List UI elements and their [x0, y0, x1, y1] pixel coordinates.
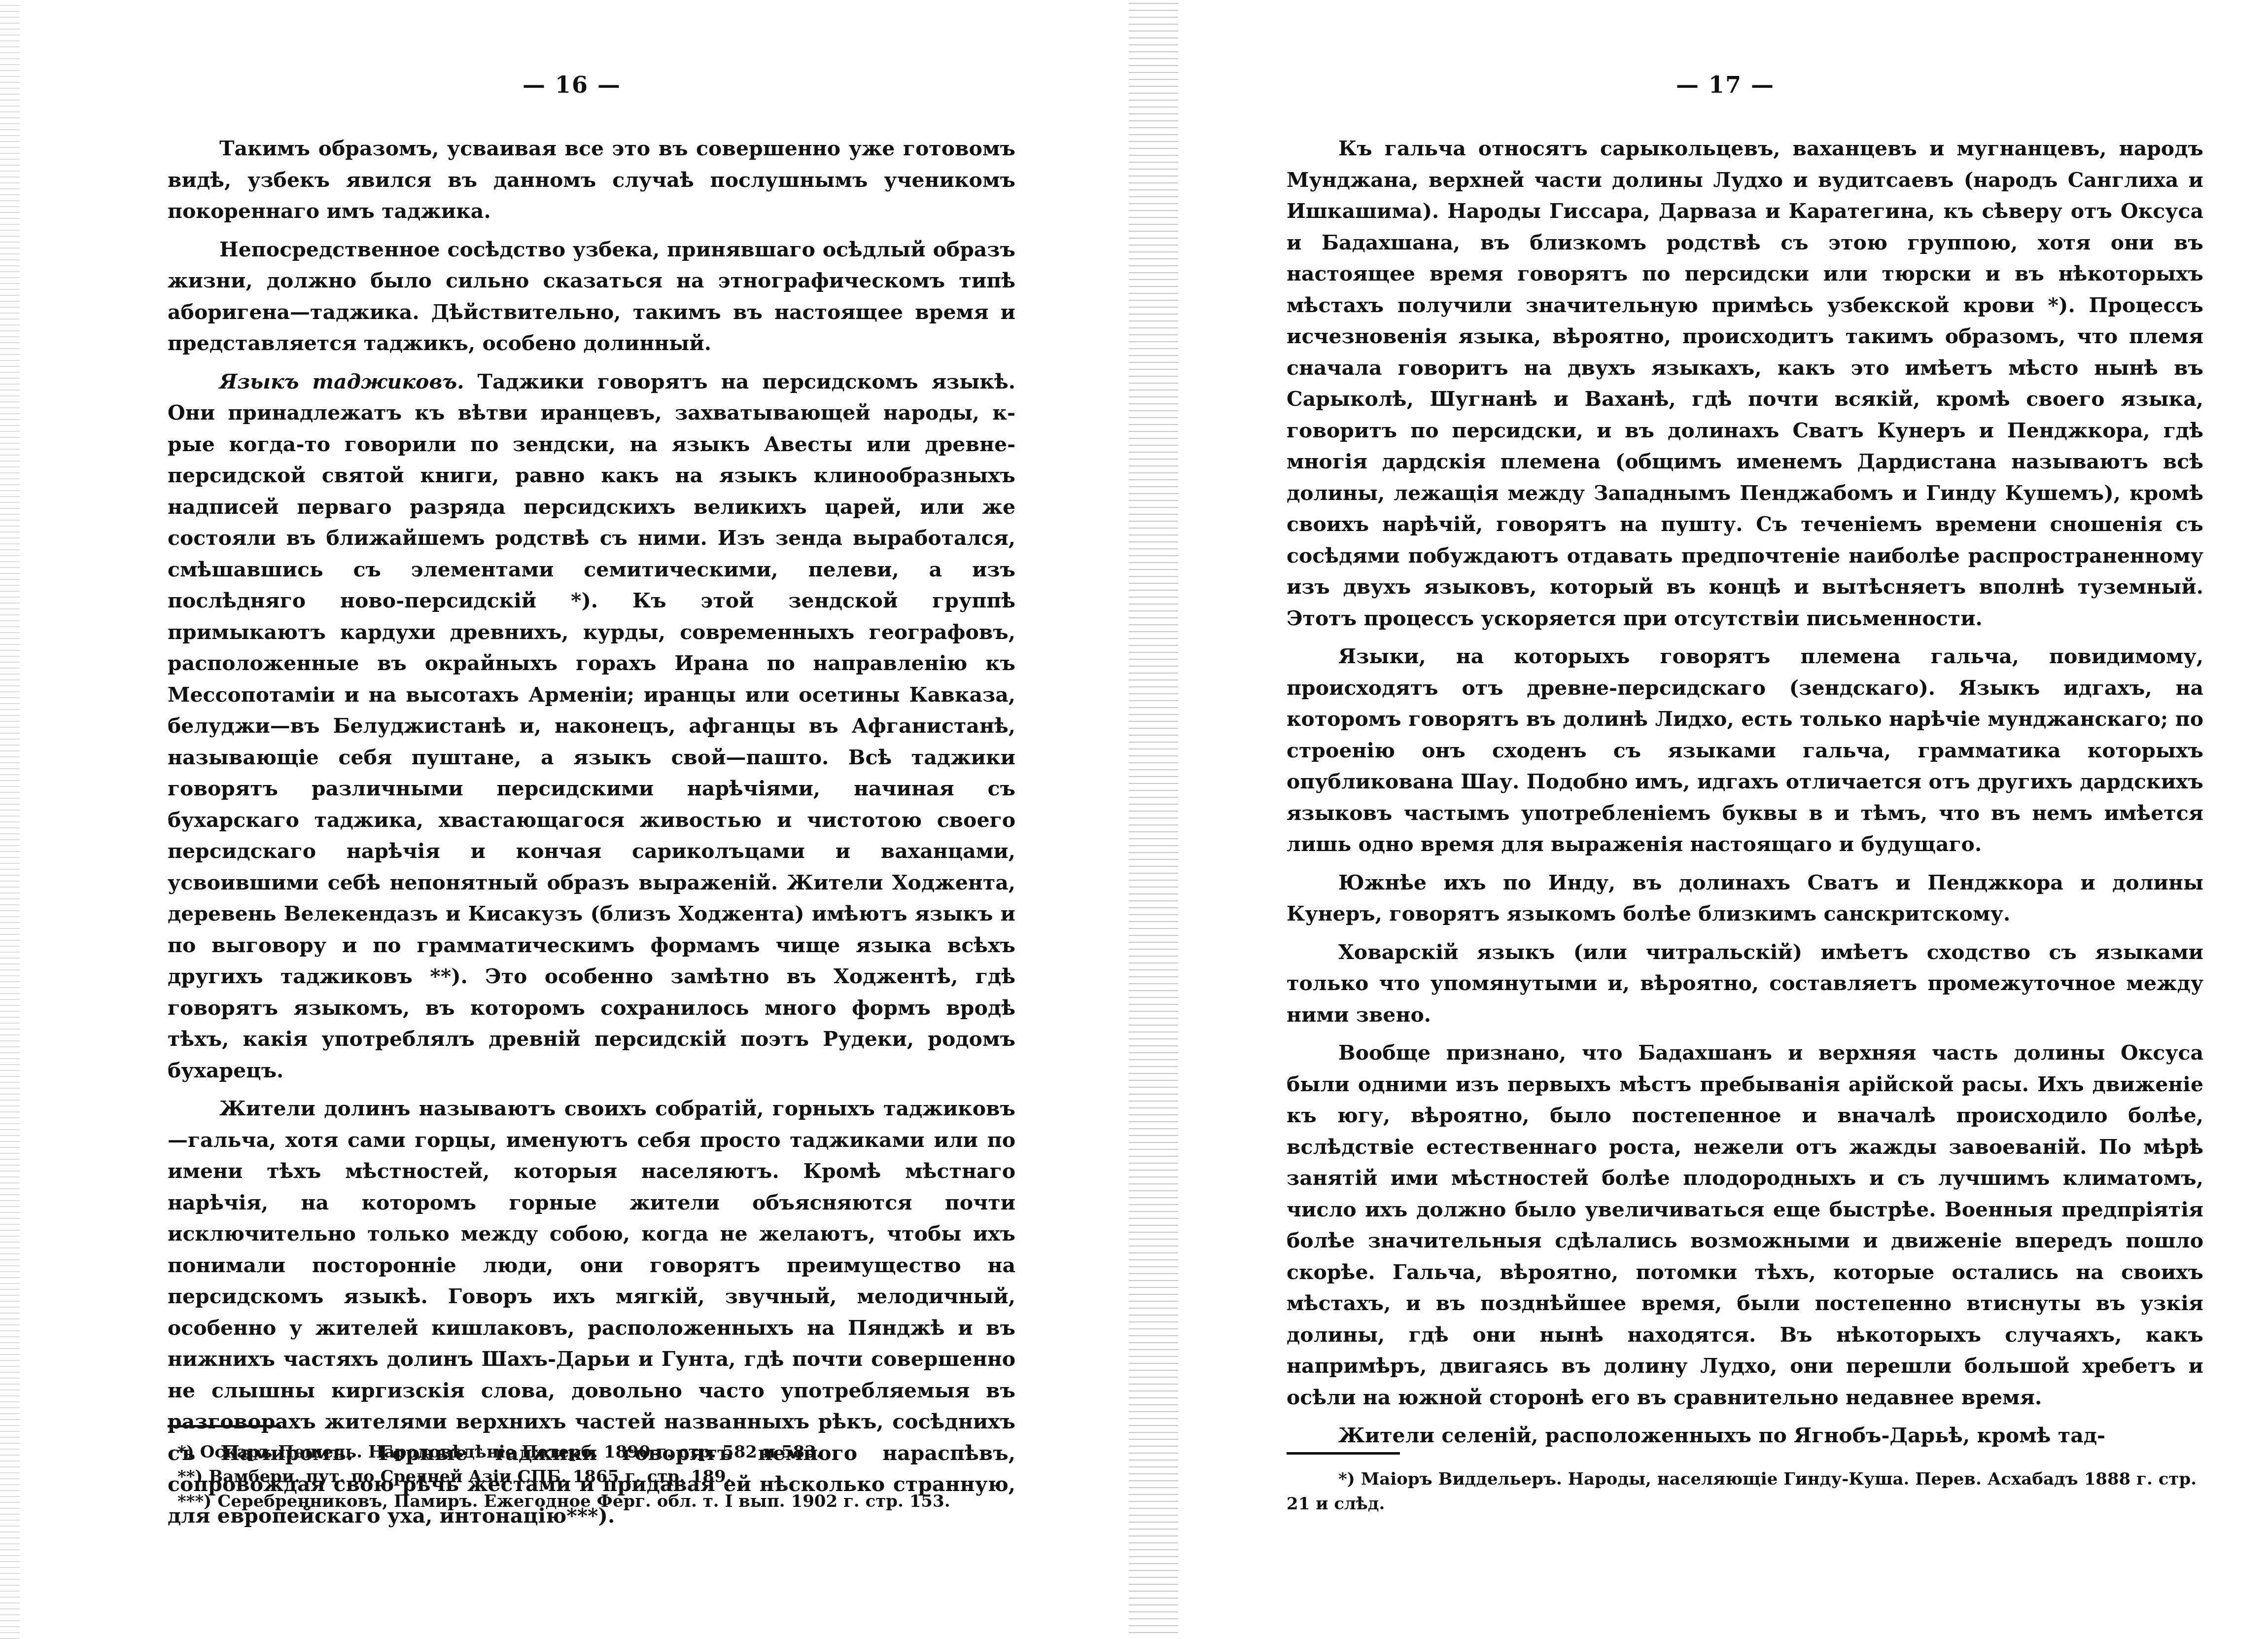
right-page: — 17 — Къ гальча относятъ сарыкольцевъ, …	[1193, 0, 2268, 1639]
page-body: Такимъ образомъ, усваивая все это въ сов…	[168, 133, 1015, 1538]
footnotes: *) Маіоръ Виддельеръ. Народы, населяющіе…	[1287, 1467, 2203, 1516]
paragraph: Вообще признано, что Бадахшанъ и верхняя…	[1287, 1037, 2203, 1413]
page-body: Къ гальча относятъ сарыкольцевъ, ваханце…	[1287, 133, 2203, 1459]
left-page: — 16 — Такимъ образомъ, усваивая все это…	[0, 0, 1114, 1639]
paragraph-lead-heading: Языкъ таджиковъ.	[219, 370, 464, 393]
footnote: *) Маіоръ Виддельеръ. Народы, населяющіе…	[1287, 1467, 2203, 1516]
paragraph-text: Таджики говорятъ на персидскомъ языкѣ. О…	[168, 370, 1015, 1082]
paragraph-text: Вообще признано, что Бадахшанъ и верхняя…	[1287, 1041, 2203, 1409]
paragraph: Жители селеній, расположенныхъ по Ягнобъ…	[1287, 1420, 2203, 1452]
paragraph-text: Южнѣе ихъ по Инду, въ долинахъ Сватъ и П…	[1287, 871, 2203, 926]
footnote: ***) Серебренниковъ, Памиръ. Ежегодное Ф…	[177, 1489, 1025, 1514]
page-number: — 17 —	[1676, 71, 1775, 98]
paragraph-text: Жители селеній, расположенныхъ по Ягнобъ…	[1338, 1424, 2105, 1447]
paragraph: Южнѣе ихъ по Инду, въ долинахъ Сватъ и П…	[1287, 867, 2203, 930]
footnote: **) Вамбери. пут. по Средней Азіи СПБ. 1…	[177, 1464, 1025, 1489]
paragraph: Языки, на которыхъ говорятъ племена галь…	[1287, 641, 2203, 860]
paragraph: Къ гальча относятъ сарыкольцевъ, ваханце…	[1287, 133, 2203, 634]
paragraph: Непосредственное сосѣдство узбека, приня…	[168, 234, 1015, 359]
paragraph-text: Къ гальча относятъ сарыкольцевъ, ваханце…	[1287, 137, 2203, 630]
paragraph: Ховарскій языкъ (или читральскій) имѣетъ…	[1287, 937, 2203, 1031]
footnotes: *) Оскаръ Пешель. Народовѣдѣніе Петерб. …	[177, 1440, 1025, 1514]
page-number: — 16 —	[523, 71, 621, 98]
footnote-divider	[1287, 1452, 1400, 1455]
book-spine-gutter	[1129, 0, 1178, 1639]
footnote: *) Оскаръ Пешель. Народовѣдѣніе Петерб. …	[177, 1440, 1025, 1464]
paragraph-text: Языки, на которыхъ говорятъ племена галь…	[1287, 644, 2203, 856]
paragraph: Языкъ таджиковъ. Таджики говорятъ на пер…	[168, 366, 1015, 1087]
paragraph-text: Непосредственное сосѣдство узбека, приня…	[168, 238, 1015, 356]
paragraph: Такимъ образомъ, усваивая все это въ сов…	[168, 133, 1015, 227]
paragraph-text: Ховарскій языкъ (или читральскій) имѣетъ…	[1287, 940, 2203, 1027]
paragraph-text: Такимъ образомъ, усваивая все это въ сов…	[168, 137, 1015, 223]
footnote-divider	[168, 1425, 281, 1427]
